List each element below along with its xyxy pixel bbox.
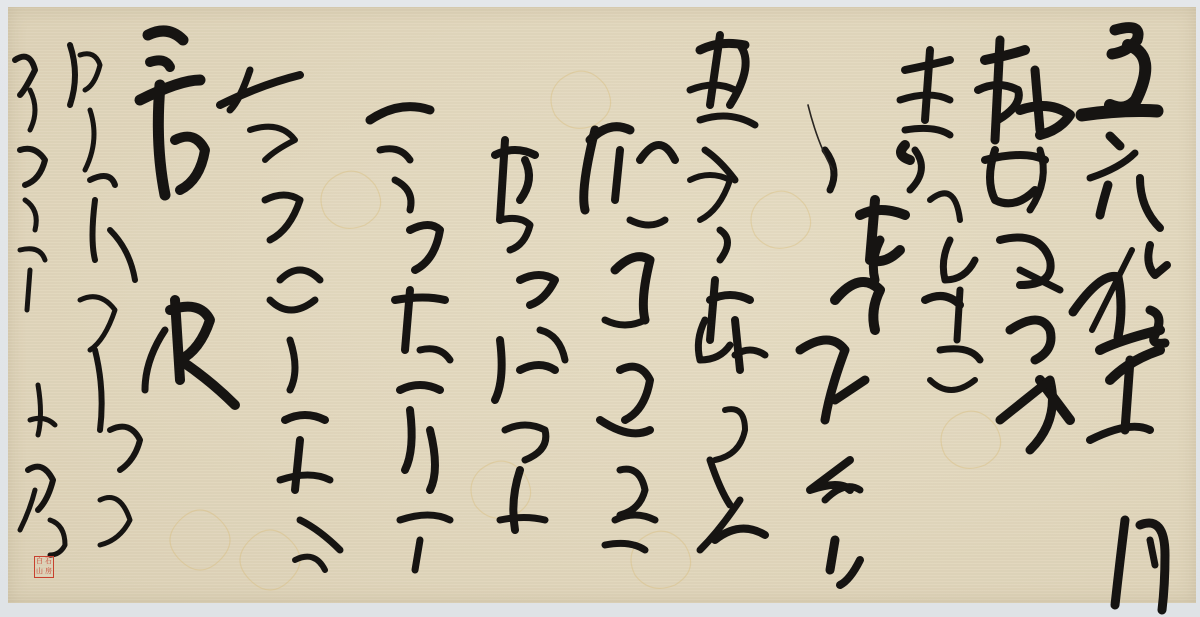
seal-char: 石 [44,557,53,567]
column-7 [495,140,565,530]
calligraphy-ink-layer [0,0,1200,617]
column-8 [370,107,450,570]
column-6 [584,127,675,550]
column-5 [690,35,765,550]
red-seal: 白 石 山 房 [34,556,54,578]
seal-char: 白 [35,557,44,567]
column-4 [800,105,910,585]
seal-char: 房 [44,567,53,577]
column-10 [140,31,235,405]
column-3 [900,50,980,390]
seal-char: 山 [35,567,44,577]
column-1 [1073,28,1167,610]
column-9 [220,70,340,570]
picture-frame: 白 石 山 房 [0,0,1200,617]
column-2 [978,40,1070,450]
inscription [15,45,140,555]
